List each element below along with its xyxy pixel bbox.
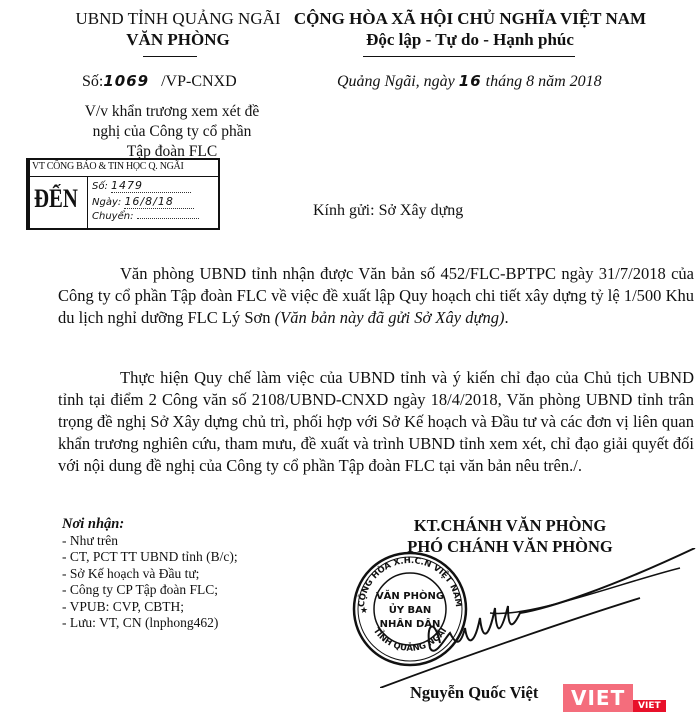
nation-name: CỘNG HÒA XÃ HỘI CHỦ NGHĨA VIỆT NAM xyxy=(280,8,660,29)
svg-text:★: ★ xyxy=(360,605,368,615)
stamp-title: VT CÔNG BÁO & TIN HỌC Q. NGÃI xyxy=(32,161,184,172)
paragraph-2-text: Thực hiện Quy chế làm việc của UBND tỉnh… xyxy=(58,368,694,475)
stamp-number-value: 1479 xyxy=(111,179,143,192)
recipient-item: - Như trên xyxy=(62,533,238,550)
stamp-field-label: Chuyển: xyxy=(92,211,133,222)
stamp-received-label: ĐẾN xyxy=(34,184,78,214)
recipient-item: - Lưu: VT, CN (lnphong462) xyxy=(62,615,238,632)
date-prefix: Quảng Ngãi, ngày xyxy=(337,73,455,90)
paragraph-1-note: (Văn bản này đã gửi Sở Xây dựng) xyxy=(275,308,505,327)
recipient-item: - Công ty CP Tập đoàn FLC; xyxy=(62,582,238,599)
issuing-authority-header: UBND TỈNH QUẢNG NGÃI VĂN PHÒNG xyxy=(58,8,298,50)
salutation: Kính gửi: Sở Xây dựng xyxy=(313,202,463,220)
recipients-list: Nơi nhận: - Như trên - CT, PCT TT UBND t… xyxy=(62,516,238,632)
stamp-field-date: Ngày: 16/8/18 xyxy=(92,195,194,209)
subject-line: V/v khẩn trương xem xét đề nghị của Công… xyxy=(62,102,282,162)
doc-number-prefix: Số: xyxy=(82,73,103,90)
signer-name: Nguyễn Quốc Việt xyxy=(410,683,538,703)
signature-icon xyxy=(380,548,699,688)
signer-title-line-1: KT.CHÁNH VĂN PHÒNG xyxy=(370,515,650,536)
paragraph-1-end: . xyxy=(504,308,508,327)
subject-line-2: nghị của Công ty cổ phần xyxy=(62,122,282,142)
body-paragraph-1: Văn phòng UBND tỉnh nhận được Văn bản số… xyxy=(58,263,694,329)
national-header: CỘNG HÒA XÃ HỘI CHỦ NGHĨA VIỆT NAM Độc l… xyxy=(280,8,660,50)
header-left-divider xyxy=(143,56,197,57)
received-stamp: VT CÔNG BÁO & TIN HỌC Q. NGÃI ĐẾN Số: 14… xyxy=(26,158,220,230)
subject-line-1: V/v khẩn trương xem xét đề xyxy=(62,102,282,122)
stamp-field-number: Số: 1479 xyxy=(92,179,191,193)
doc-number-handwritten: 1069 xyxy=(103,72,149,90)
stamp-divider xyxy=(30,176,218,177)
body-paragraph-2: Thực hiện Quy chế làm việc của UBND tỉnh… xyxy=(58,367,694,477)
stamp-field-transfer: Chuyển: xyxy=(92,211,199,222)
recipient-item: - CT, PCT TT UBND tỉnh (B/c); xyxy=(62,549,238,566)
watermark-small-text: VIET xyxy=(633,700,666,712)
national-motto: Độc lập - Tự do - Hạnh phúc xyxy=(280,29,660,50)
stamp-field-label: Ngày: xyxy=(92,197,121,208)
date-line: Quảng Ngãi, ngày 16 tháng 8 năm 2018 xyxy=(337,72,602,91)
date-day-handwritten: 16 xyxy=(459,72,482,90)
office-name: VĂN PHÒNG xyxy=(58,29,298,50)
publisher-watermark-logo: VIET VIET xyxy=(555,680,699,720)
date-month-year: tháng 8 năm 2018 xyxy=(486,73,602,90)
stamp-date-value: 16/8/18 xyxy=(124,195,173,208)
watermark-large-text: VIET xyxy=(563,684,633,712)
stamp-field-label: Số: xyxy=(92,181,108,192)
recipients-title: Nơi nhận: xyxy=(62,516,238,533)
stamp-transfer-value xyxy=(137,218,199,219)
stamp-divider-vertical xyxy=(87,176,88,228)
doc-number-suffix: /VP-CNXD xyxy=(161,73,237,90)
recipient-item: - Sở Kế hoạch và Đầu tư; xyxy=(62,566,238,583)
header-right-divider xyxy=(363,56,575,57)
document-number: Số:1069 /VP-CNXD xyxy=(82,72,237,91)
authority-name: UBND TỈNH QUẢNG NGÃI xyxy=(58,8,298,29)
recipient-item: - VPUB: CVP, CBTH; xyxy=(62,599,238,616)
